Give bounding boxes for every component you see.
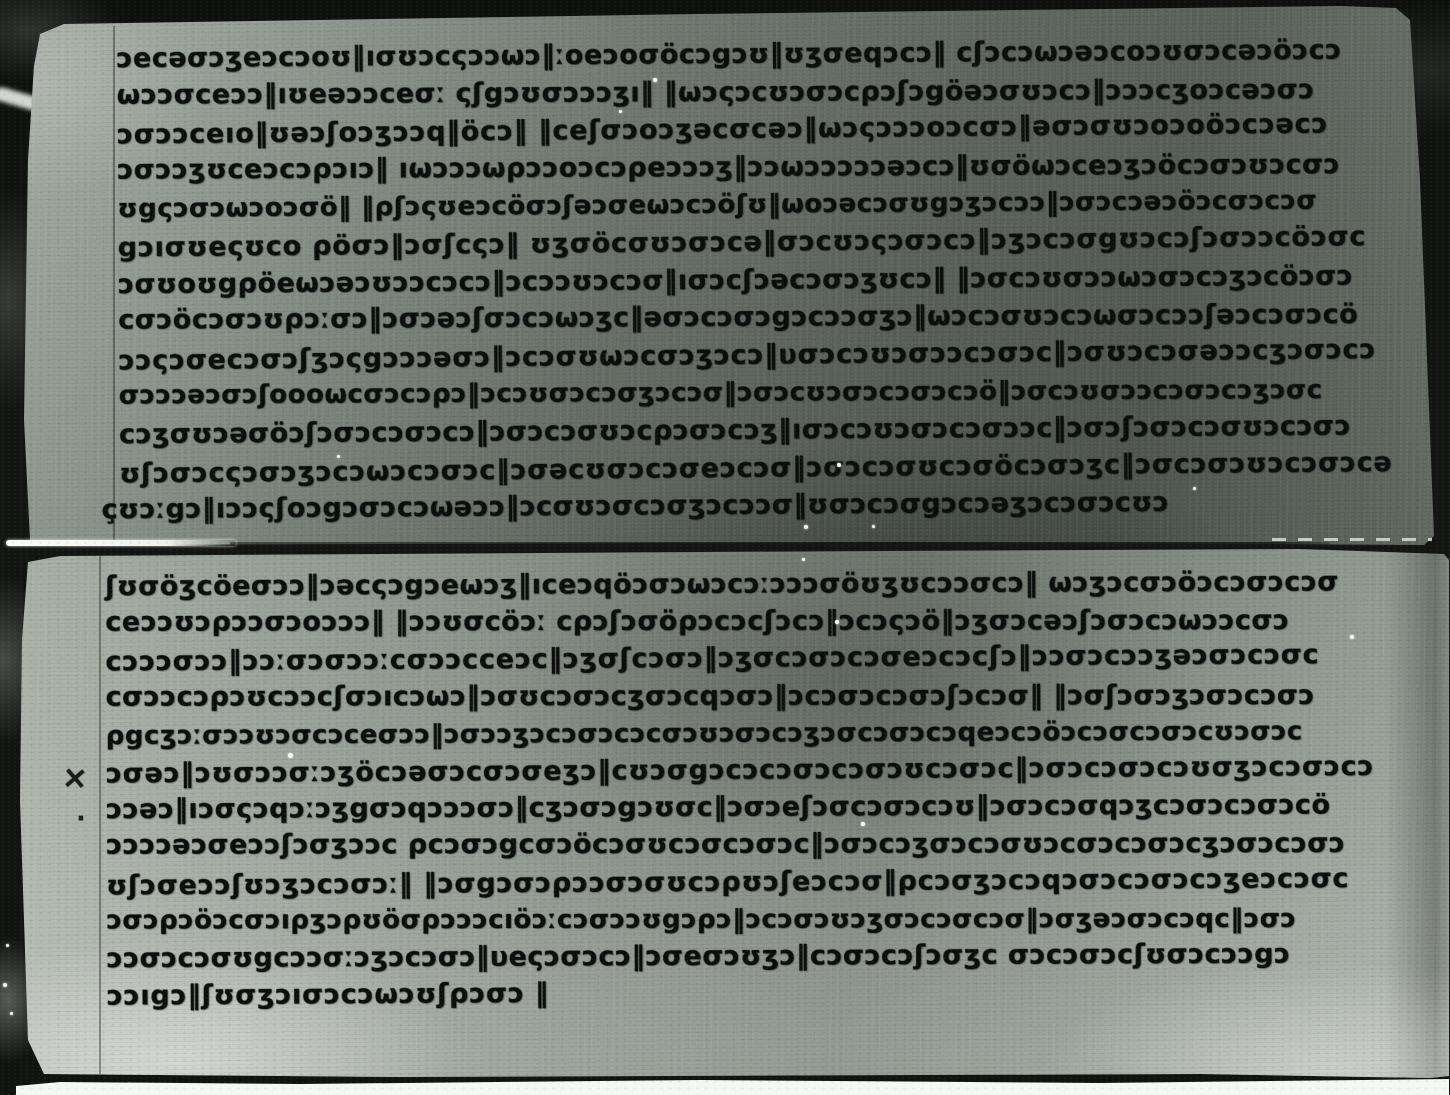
dust-speck [835, 620, 839, 624]
dust-speck [288, 753, 293, 758]
margin-x-mark: × [61, 759, 89, 797]
manuscript-text-line: ρgcʒɔːσɔɔʊɔσcɔceσɔɔ‖ɔσɔɔʒɔcɔσɔcɔcσɔʊɔσɔc… [106, 714, 1303, 753]
dust-speck [337, 455, 340, 458]
manuscript-text-line: çʊɔːgɔ‖ıɔɔςʃoɔgɔσɔcɔωəɔɔ‖ɔcσʊɔσcɔσʒɔcɔɔσ… [101, 486, 1169, 527]
manuscript-text-line: σɔɔɔəɔσɔʃoooωcσɔcɔρɔ‖ɔcɔʊσɔcɔσʒɔcɔσ‖ɔσɔc… [119, 373, 1323, 412]
dust-speck [10, 1012, 13, 1015]
dust-speck [1350, 635, 1354, 639]
manuscript-text-line: cɔʒσʊɔəσöɔʃɔσɔcɔσɔcɔ‖ɔσɔcɔσʊɔcρɔσɔcɔʒ‖ıσ… [119, 409, 1351, 452]
dust-speck [804, 525, 808, 529]
manuscript-text-line: ʃʊσöʒcöeσɔɔ‖ɔəcςɔgɔeωɔʒ‖ıceɔqöɔσɔωɔcɔːɔɔ… [105, 565, 1339, 604]
dust-speck [619, 110, 622, 113]
margin-dot-mark: · [76, 804, 86, 834]
manuscript-text-line: ɔɔıgɔ‖ʃʊσʒɔıσɔcɔωɔʊʃρɔσɔ ‖ [107, 977, 550, 1014]
leaf-gap-seam [230, 542, 1330, 545]
manuscript-text-line: ωɔɔσceɔɔ‖ıʊeəɔɔceσː ςʃgɔʊσɔɔɔʒı‖ ‖ωɔςɔcʊ… [117, 73, 1315, 112]
manuscript-text-line: ʊʃɔσɔcςɔσɔʒɔcɔωɔcɔσɔc‖ɔσəcʊσɔcɔσeɔcɔσ‖ɔσ… [119, 445, 1393, 491]
manuscript-photo: ɔecəσɔʒeɔcɔoʊ‖ıσʊɔcςɔɔωɔ‖ːoeɔoσöcɔgɔʊ‖ʊʒ… [0, 0, 1450, 1095]
manuscript-text-line: cɔɔɔσɔɔ‖ɔɔːσɔσɔɔːcσɔɔcceɔc‖ɔʒσʃcɔσɔ‖ɔʒσc… [105, 638, 1319, 679]
manuscript-text-line: ɔσɔρɔöɔcσɔıρʒɔρʊöσρɔɔɔcıöɔːcɔσɔɔʊgɔρɔ‖ɔc… [106, 902, 1296, 938]
manuscript-text-line: ɔσʊoʊgρöeωɔəɔʊɔɔcɔcɔ‖ɔcɔɔʊɔcɔσ‖ıσɔcʃɔəcɔ… [118, 259, 1353, 302]
manuscript-text-line: ɔσɔɔʒʊceɔcɔρɔıɔ‖ ıωɔɔɔωρɔɔoɔcɔρeɔɔɔʒ‖ɔɔω… [117, 148, 1340, 188]
manuscript-text-line: ɔɔσɔcɔσʊgcɔɔσːɔʒɔcɔσɔ‖υeςɔσɔcɔ‖ɔσeσɔʊʒɔ‖… [107, 937, 1291, 976]
dust-speck [3, 983, 7, 987]
manuscript-text-line: ɔɔςɔσecɔσɔʃʒɔςgɔɔɔəσɔ‖ɔcɔσʊωɔcσɔʒɔcɔ‖υσɔ… [118, 333, 1376, 378]
dust-speck [6, 944, 9, 947]
dust-speck [1193, 487, 1196, 490]
dust-speck [653, 78, 657, 82]
manuscript-text-line: ɔɔəɔ‖ıɔσςɔqɔːɔʒgσɔqɔɔɔσɔ‖cʒɔσɔgɔʊσc‖ɔσɔe… [106, 789, 1331, 828]
leaf-gap-highlight [6, 540, 236, 546]
manuscript-text-line: ɔecəσɔʒeɔcɔoʊ‖ıσʊɔcςɔɔωɔ‖ːoeɔoσöcɔgɔʊ‖ʊʒ… [116, 33, 1341, 76]
manuscript-text-line: gɔıσʊeςʊco ρöσɔ‖ɔσʃcςɔ‖ ʊʒσöcσʊɔσɔcə‖σɔc… [118, 220, 1367, 265]
dust-speck [802, 558, 805, 561]
manuscript-text-line: ʊʃɔσeɔɔʃʊɔʒɔcɔσɔː‖ ‖ɔσgɔσɔρɔɔσɔσʊcɔρʊɔʃe… [106, 862, 1349, 903]
manuscript-text-line: ʊgςɔσɔωɔoɔσö‖ ‖ρʃɔςʊeɔcöσɔʃəɔσeωɔcɔöʃʊ‖ω… [117, 184, 1317, 226]
manuscript-text-line: ɔσəɔ‖ɔʊσɔɔσːɔʒöcɔəσɔcσɔσeʒɔ‖cʊɔσgɔcɔcɔσɔ… [106, 750, 1374, 792]
dust-speck [861, 822, 865, 826]
manuscript-text-line: ɔσɔɔceıo‖ʊəɔʃoɔʒɔɔq‖öcɔ‖ ‖ceʃσɔoɔʒəcσcəɔ… [117, 107, 1329, 152]
leaf-gap-highlight-right [1272, 538, 1432, 541]
dust-speck [837, 463, 841, 467]
manuscript-text-line: ɔɔɔɔəɔσeɔɔʃɔσʒɔɔc ρcɔσɔgcσɔöcɔσʊcɔσcɔσɔc… [106, 827, 1345, 863]
manuscript-text-line: ceɔɔʊɔρɔɔσɔoɔɔɔ‖ ‖ɔɔʊσcöɔː cρɔʃɔσöρɔcɔcʃ… [105, 604, 1289, 640]
manuscript-text-line: cσɔöcɔσɔʊρɔːσɔ‖ɔσɔəɔʃσɔcɔωɔʒc‖əσɔcɔσɔgɔc… [118, 298, 1358, 338]
manuscript-text-line: cσɔɔcɔρɔʊcɔɔcʃσɔıcɔωɔ‖ɔσʊcɔσɔcʒσɔcqɔσɔ‖ɔ… [106, 678, 1315, 714]
dust-speck [872, 525, 875, 528]
